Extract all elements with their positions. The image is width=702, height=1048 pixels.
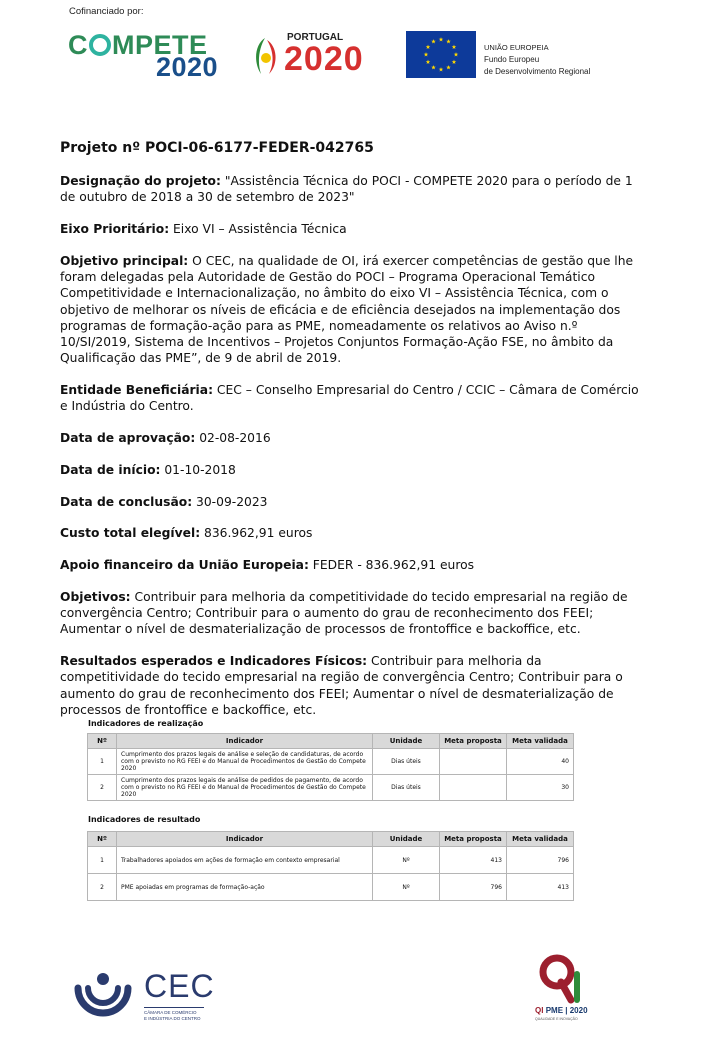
eu-flag [406,31,476,78]
field-value: Eixo VI – Assistência Técnica [169,222,347,236]
project-field: Apoio financeiro da União Europeia: FEDE… [60,557,640,573]
table-cell: 1 [88,749,117,775]
field-label: Objetivos: [60,590,131,604]
cofinanced-label: Cofinanciado por: [69,6,143,17]
field-label: Objetivo principal: [60,254,188,268]
table-cell: 413 [507,874,574,901]
compete-year: 2020 [156,52,218,83]
field-value: O CEC, na qualidade de OI, irá exercer c… [60,254,633,365]
field-label: Eixo Prioritário: [60,222,169,236]
field-label: Designação do projeto: [60,174,221,188]
qi-wordmark: QI PME | 2020 [535,1006,588,1015]
table-cell: 796 [440,874,507,901]
eu-fund-text: UNIÃO EUROPEIA Fundo Europeu de Desenvol… [484,42,590,78]
cec-emblem-icon [72,966,134,1024]
table-cell: Nº [373,874,440,901]
table-row: 1Cumprimento dos prazos legais de anális… [88,749,574,775]
table-cell: Cumprimento dos prazos legais de análise… [117,749,373,775]
project-field: Data de aprovação: 02-08-2016 [60,430,640,446]
project-field: Designação do projeto: "Assistência Técn… [60,173,640,205]
field-label: Data de início: [60,463,160,477]
table-cell: Dias úteis [373,749,440,775]
project-field: Objetivos: Contribuir para melhoria da c… [60,589,640,638]
project-title: Projeto nº POCI-06-6177-FEDER-042765 [60,140,640,156]
column-header: Nº [88,832,117,847]
qi-emblem-icon [537,952,587,1006]
eu-line2: Fundo Europeu [484,54,590,66]
table-cell: 413 [440,847,507,874]
table-cell: Cumprimento dos prazos legais de análise… [117,775,373,801]
table-cell: 40 [507,749,574,775]
indicators-resultado-table: NºIndicadorUnidadeMeta propostaMeta vali… [87,831,574,901]
project-field: Eixo Prioritário: Eixo VI – Assistência … [60,221,640,237]
eu-line1: UNIÃO EUROPEIA [484,42,590,54]
column-header: Nº [88,734,117,749]
table-cell: 1 [88,847,117,874]
eu-stars-icon [406,31,476,78]
qi-tagline: QUALIDADE E INOVAÇÃO [535,1017,578,1021]
field-label: Custo total elegível: [60,526,200,540]
project-field: Objetivo principal: O CEC, na qualidade … [60,253,640,366]
indicators-realizacao-table: NºIndicadorUnidadeMeta propostaMeta vali… [87,733,574,801]
column-header: Meta validada [507,832,574,847]
project-field: Custo total elegível: 836.962,91 euros [60,525,640,541]
table-row: 1Trabalhadores apoiados em ações de form… [88,847,574,874]
compete-2020-logo: CMPETE 2020 [68,30,228,82]
column-header: Meta proposta [440,832,507,847]
field-label: Data de conclusão: [60,495,192,509]
field-label: Data de aprovação: [60,431,195,445]
table-cell: 2 [88,874,117,901]
cec-logo: CEC CÂMARA DE COMÉRCIO E INDÚSTRIA DO CE… [72,966,212,1024]
table-cell: Nº [373,847,440,874]
eu-line3: de Desenvolvimento Regional [484,66,590,78]
project-details: Projeto nº POCI-06-6177-FEDER-042765 Des… [60,140,640,734]
field-value: 01-10-2018 [160,463,235,477]
table-cell: Trabalhadores apoiados em ações de forma… [117,847,373,874]
field-value: 836.962,91 euros [200,526,312,540]
table-cell [440,749,507,775]
portugal-2020-logo: PORTUGAL 2020 [249,30,394,82]
cec-name: CEC [144,968,215,1005]
column-header: Unidade [373,832,440,847]
table-cell: 30 [507,775,574,801]
project-field: Entidade Beneficiária: CEC – Conselho Em… [60,382,640,414]
cec-subtitle: CÂMARA DE COMÉRCIO E INDÚSTRIA DO CENTRO [144,1010,201,1021]
project-field: Data de conclusão: 30-09-2023 [60,494,640,510]
table-row: 2PME apoiadas em programas de formação-a… [88,874,574,901]
portugal-year: 2020 [284,42,364,76]
table-cell: 2 [88,775,117,801]
cec-sub2: E INDÚSTRIA DO CENTRO [144,1016,201,1022]
table-title-resultado: Indicadores de resultado [88,815,200,824]
field-value: 30-09-2023 [192,495,267,509]
cec-divider [144,1007,204,1008]
project-field: Data de início: 01-10-2018 [60,462,640,478]
qi-pme-2020-logo: QI PME | 2020 QUALIDADE E INOVAÇÃO [535,952,605,1027]
table-cell: 796 [507,847,574,874]
portugal-flag-icon [251,36,281,76]
table-row: 2Cumprimento dos prazos legais de anális… [88,775,574,801]
table-title-realizacao: Indicadores de realização [88,719,203,728]
field-label: Resultados esperados e Indicadores Físic… [60,654,367,668]
column-header: Indicador [117,734,373,749]
table-cell [440,775,507,801]
field-value: FEDER - 836.962,91 euros [309,558,474,572]
table-cell: PME apoiadas em programas de formação-aç… [117,874,373,901]
column-header: Meta validada [507,734,574,749]
project-field: Resultados esperados e Indicadores Físic… [60,653,640,718]
cec-sub1: CÂMARA DE COMÉRCIO [144,1010,201,1016]
field-value: 02-08-2016 [195,431,270,445]
compete-o-ring-icon [89,34,111,56]
field-value: Contribuir para melhoria da competitivid… [60,590,628,636]
table-cell: Dias úteis [373,775,440,801]
column-header: Unidade [373,734,440,749]
field-label: Entidade Beneficiária: [60,383,213,397]
column-header: Meta proposta [440,734,507,749]
field-label: Apoio financeiro da União Europeia: [60,558,309,572]
column-header: Indicador [117,832,373,847]
